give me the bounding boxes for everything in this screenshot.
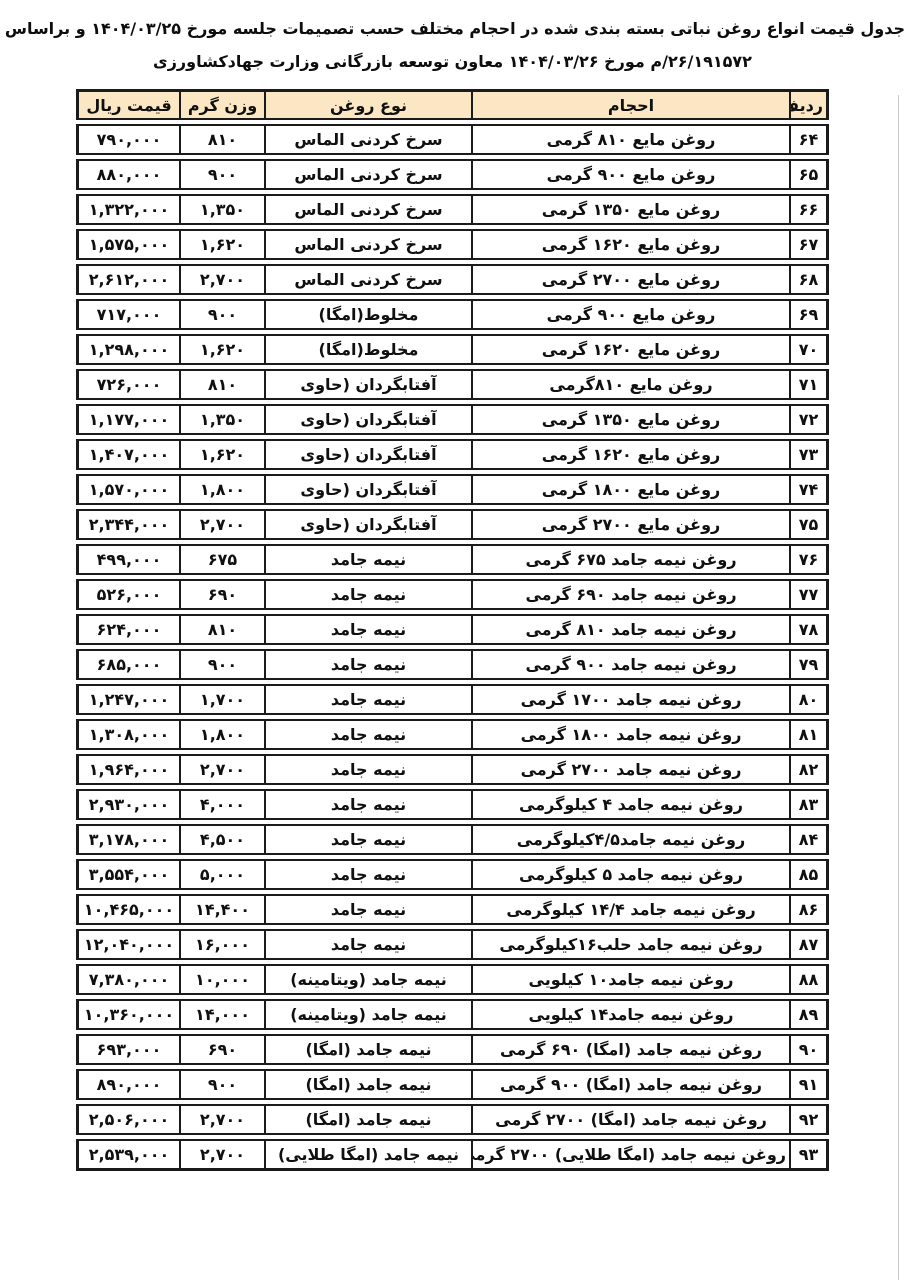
volume-cell: روغن نیمه جامد ۸۱۰ گرمی [471, 614, 789, 645]
volume-cell: روغن نیمه جامد۱۴ کیلویی [471, 999, 789, 1030]
volume-cell: روغن نیمه جامد (امگا) ۹۰۰ گرمی [471, 1069, 789, 1100]
volume-cell: روغن نیمه جامد حلب۱۶کیلوگرمی [471, 929, 789, 960]
table-row: ۷۹روغن نیمه جامد ۹۰۰ گرمینیمه جامد۹۰۰۶۸۵… [76, 649, 829, 680]
volume-cell: روغن مایع ۹۰۰ گرمی [471, 299, 789, 330]
oil-type-cell: نیمه جامد (ویتامینه) [264, 999, 471, 1030]
weight-cell: ۶۹۰ [179, 579, 264, 610]
table-row: ۸۳روغن نیمه جامد ۴ کیلوگرمینیمه جامد۴,۰۰… [76, 789, 829, 820]
volume-cell: روغن نیمه جامد (امگا طلایی) ۲۷۰۰ گرمی [471, 1139, 789, 1171]
price-cell: ۷۱۷,۰۰۰ [76, 299, 179, 330]
volume-cell: روغن مایع ۱۶۲۰ گرمی [471, 439, 789, 470]
oil-type-cell: نیمه جامد [264, 824, 471, 855]
document-title: جدول قیمت انواع روغن نباتی بسته بندی شده… [0, 12, 905, 78]
oil-type-cell: نیمه جامد (ویتامینه) [264, 964, 471, 995]
weight-cell: ۹۰۰ [179, 159, 264, 190]
price-cell: ۶۹۳,۰۰۰ [76, 1034, 179, 1065]
table-row: ۸۹روغن نیمه جامد۱۴ کیلویینیمه جامد (ویتا… [76, 999, 829, 1030]
table-row: ۷۰روغن مایع ۱۶۲۰ گرمیمخلوط(امگا)۱,۶۲۰۱,۲… [76, 334, 829, 365]
row-number-cell: ۷۴ [789, 474, 829, 505]
table-row: ۷۳روغن مایع ۱۶۲۰ گرمیآفتابگردان (حاوی۱,۶… [76, 439, 829, 470]
weight-cell: ۱۴,۴۰۰ [179, 894, 264, 925]
table-row: ۷۱روغن مایع ۸۱۰گرمیآفتابگردان (حاوی۸۱۰۷۲… [76, 369, 829, 400]
weight-cell: ۴,۰۰۰ [179, 789, 264, 820]
oil-type-cell: نیمه جامد [264, 719, 471, 750]
row-number-cell: ۶۴ [789, 124, 829, 155]
price-cell: ۵۲۶,۰۰۰ [76, 579, 179, 610]
oil-type-cell: نیمه جامد [264, 649, 471, 680]
volume-cell: روغن نیمه جامد ۱۴/۴ کیلوگرمی [471, 894, 789, 925]
row-number-cell: ۸۲ [789, 754, 829, 785]
weight-cell: ۱,۶۲۰ [179, 229, 264, 260]
weight-cell: ۹۰۰ [179, 299, 264, 330]
weight-cell: ۹۰۰ [179, 649, 264, 680]
price-cell: ۳,۱۷۸,۰۰۰ [76, 824, 179, 855]
volume-cell: روغن نیمه جامد ۲۷۰۰ گرمی [471, 754, 789, 785]
table-row: ۹۱روغن نیمه جامد (امگا) ۹۰۰ گرمینیمه جام… [76, 1069, 829, 1100]
weight-cell: ۱,۸۰۰ [179, 719, 264, 750]
oil-type-cell: نیمه جامد (امگا) [264, 1034, 471, 1065]
price-cell: ۴۹۹,۰۰۰ [76, 544, 179, 575]
oil-type-cell: نیمه جامد (امگا طلایی) [264, 1139, 471, 1171]
volume-cell: روغن مایع ۲۷۰۰ گرمی [471, 264, 789, 295]
volume-cell: روغن مایع ۸۱۰گرمی [471, 369, 789, 400]
volume-cell: روغن نیمه جامد (امگا) ۶۹۰ گرمی [471, 1034, 789, 1065]
oil-type-cell: نیمه جامد [264, 859, 471, 890]
price-cell: ۱,۳۲۲,۰۰۰ [76, 194, 179, 225]
volume-cell: روغن نیمه جامد ۹۰۰ گرمی [471, 649, 789, 680]
oil-type-cell: آفتابگردان (حاوی [264, 404, 471, 435]
price-cell: ۳,۵۵۴,۰۰۰ [76, 859, 179, 890]
oil-type-cell: نیمه جامد (امگا) [264, 1069, 471, 1100]
weight-cell: ۸۱۰ [179, 124, 264, 155]
row-number-cell: ۷۳ [789, 439, 829, 470]
row-number-cell: ۷۵ [789, 509, 829, 540]
price-cell: ۲,۵۰۶,۰۰۰ [76, 1104, 179, 1135]
volume-cell: روغن نیمه جامد ۵ کیلوگرمی [471, 859, 789, 890]
volume-cell: روغن نیمه جامد (امگا) ۲۷۰۰ گرمی [471, 1104, 789, 1135]
volume-cell: روغن نیمه جامد ۶۹۰ گرمی [471, 579, 789, 610]
row-number-cell: ۷۹ [789, 649, 829, 680]
volume-cell: روغن مایع ۱۶۲۰ گرمی [471, 229, 789, 260]
oil-type-cell: نیمه جامد [264, 929, 471, 960]
weight-cell: ۱۴,۰۰۰ [179, 999, 264, 1030]
oil-type-cell: آفتابگردان (حاوی [264, 439, 471, 470]
oil-type-cell: نیمه جامد [264, 614, 471, 645]
row-number-cell: ۸۷ [789, 929, 829, 960]
header-oil-type: نوع روغن [264, 89, 471, 120]
price-cell: ۱,۲۴۷,۰۰۰ [76, 684, 179, 715]
row-number-cell: ۸۹ [789, 999, 829, 1030]
price-cell: ۷,۳۸۰,۰۰۰ [76, 964, 179, 995]
oil-type-cell: سرخ کردنی الماس [264, 159, 471, 190]
price-cell: ۲,۵۳۹,۰۰۰ [76, 1139, 179, 1171]
row-number-cell: ۶۶ [789, 194, 829, 225]
weight-cell: ۱۶,۰۰۰ [179, 929, 264, 960]
table-row: ۸۴روغن نیمه جامد۴/۵کیلوگرمینیمه جامد۴,۵۰… [76, 824, 829, 855]
table-row: ۷۶روغن نیمه جامد ۶۷۵ گرمینیمه جامد۶۷۵۴۹۹… [76, 544, 829, 575]
table-row: ۶۵روغن مایع ۹۰۰ گرمیسرخ کردنی الماس۹۰۰۸۸… [76, 159, 829, 190]
price-cell: ۷۲۶,۰۰۰ [76, 369, 179, 400]
weight-cell: ۱۰,۰۰۰ [179, 964, 264, 995]
table-row: ۸۱روغن نیمه جامد ۱۸۰۰ گرمینیمه جامد۱,۸۰۰… [76, 719, 829, 750]
header-row-number: ردیف [789, 89, 829, 120]
table-row: ۶۴روغن مایع ۸۱۰ گرمیسرخ کردنی الماس۸۱۰۷۹… [76, 124, 829, 155]
weight-cell: ۱,۶۲۰ [179, 334, 264, 365]
table-row: ۸۵روغن نیمه جامد ۵ کیلوگرمینیمه جامد۵,۰۰… [76, 859, 829, 890]
table-body: ۶۴روغن مایع ۸۱۰ گرمیسرخ کردنی الماس۸۱۰۷۹… [76, 124, 829, 1171]
header-price-rial: قیمت ریال [76, 89, 179, 120]
table-row: ۸۶روغن نیمه جامد ۱۴/۴ کیلوگرمینیمه جامد۱… [76, 894, 829, 925]
weight-cell: ۶۷۵ [179, 544, 264, 575]
row-number-cell: ۸۴ [789, 824, 829, 855]
table-row: ۹۳روغن نیمه جامد (امگا طلایی) ۲۷۰۰ گرمین… [76, 1139, 829, 1171]
table-row: ۸۰روغن نیمه جامد ۱۷۰۰ گرمینیمه جامد۱,۷۰۰… [76, 684, 829, 715]
price-cell: ۱,۹۶۴,۰۰۰ [76, 754, 179, 785]
oil-type-cell: نیمه جامد [264, 754, 471, 785]
table-row: ۷۴روغن مایع ۱۸۰۰ گرمیآفتابگردان (حاوی۱,۸… [76, 474, 829, 505]
price-cell: ۱,۵۷۰,۰۰۰ [76, 474, 179, 505]
oil-type-cell: نیمه جامد [264, 894, 471, 925]
price-cell: ۲,۹۳۰,۰۰۰ [76, 789, 179, 820]
oil-type-cell: آفتابگردان (حاوی [264, 474, 471, 505]
table-row: ۷۷روغن نیمه جامد ۶۹۰ گرمینیمه جامد۶۹۰۵۲۶… [76, 579, 829, 610]
weight-cell: ۱,۳۵۰ [179, 404, 264, 435]
oil-type-cell: نیمه جامد (امگا) [264, 1104, 471, 1135]
document-page: { "document": { "title_line1": "جدول قیم… [0, 0, 905, 1280]
table-row: ۸۷روغن نیمه جامد حلب۱۶کیلوگرمینیمه جامد۱… [76, 929, 829, 960]
header-volume: احجام [471, 89, 789, 120]
volume-cell: روغن مایع ۹۰۰ گرمی [471, 159, 789, 190]
oil-type-cell: مخلوط(امگا) [264, 334, 471, 365]
weight-cell: ۱,۸۰۰ [179, 474, 264, 505]
row-number-cell: ۸۱ [789, 719, 829, 750]
oil-type-cell: نیمه جامد [264, 579, 471, 610]
table-header: ردیف احجام نوع روغن وزن گرم قیمت ریال [76, 89, 829, 120]
row-number-cell: ۸۳ [789, 789, 829, 820]
oil-type-cell: آفتابگردان (حاوی [264, 369, 471, 400]
table-row: ۸۲روغن نیمه جامد ۲۷۰۰ گرمینیمه جامد۲,۷۰۰… [76, 754, 829, 785]
table-row: ۷۲روغن مایع ۱۳۵۰ گرمیآفتابگردان (حاوی۱,۳… [76, 404, 829, 435]
price-cell: ۱,۲۹۸,۰۰۰ [76, 334, 179, 365]
row-number-cell: ۸۵ [789, 859, 829, 890]
row-number-cell: ۶۵ [789, 159, 829, 190]
row-number-cell: ۶۸ [789, 264, 829, 295]
row-number-cell: ۷۶ [789, 544, 829, 575]
price-cell: ۱,۳۰۸,۰۰۰ [76, 719, 179, 750]
volume-cell: روغن نیمه جامد ۶۷۵ گرمی [471, 544, 789, 575]
table-row: ۸۸روغن نیمه جامد۱۰ کیلویینیمه جامد (ویتا… [76, 964, 829, 995]
row-number-cell: ۸۰ [789, 684, 829, 715]
oil-type-cell: مخلوط(امگا) [264, 299, 471, 330]
table-row: ۷۵روغن مایع ۲۷۰۰ گرمیآفتابگردان (حاوی۲,۷… [76, 509, 829, 540]
volume-cell: روغن نیمه جامد ۴ کیلوگرمی [471, 789, 789, 820]
row-number-cell: ۹۲ [789, 1104, 829, 1135]
table-row: ۶۷روغن مایع ۱۶۲۰ گرمیسرخ کردنی الماس۱,۶۲… [76, 229, 829, 260]
weight-cell: ۲,۷۰۰ [179, 1104, 264, 1135]
price-cell: ۱,۱۷۷,۰۰۰ [76, 404, 179, 435]
oil-price-table: ردیف احجام نوع روغن وزن گرم قیمت ریال ۶۴… [76, 85, 829, 1175]
price-cell: ۶۲۴,۰۰۰ [76, 614, 179, 645]
price-cell: ۱,۴۰۷,۰۰۰ [76, 439, 179, 470]
volume-cell: روغن مایع ۱۸۰۰ گرمی [471, 474, 789, 505]
row-number-cell: ۷۸ [789, 614, 829, 645]
table-row: ۶۶روغن مایع ۱۳۵۰ گرمیسرخ کردنی الماس۱,۳۵… [76, 194, 829, 225]
weight-cell: ۱,۳۵۰ [179, 194, 264, 225]
document-title-line2: ۲۶/۱۹۱۵۷۲/م مورخ ۱۴۰۴/۰۳/۲۶ معاون توسعه … [0, 45, 905, 78]
table-row: ۹۲روغن نیمه جامد (امگا) ۲۷۰۰ گرمینیمه جا… [76, 1104, 829, 1135]
row-number-cell: ۸۶ [789, 894, 829, 925]
weight-cell: ۲,۷۰۰ [179, 509, 264, 540]
row-number-cell: ۹۳ [789, 1139, 829, 1171]
volume-cell: روغن مایع ۸۱۰ گرمی [471, 124, 789, 155]
weight-cell: ۸۱۰ [179, 614, 264, 645]
table-header-row: ردیف احجام نوع روغن وزن گرم قیمت ریال [76, 89, 829, 120]
oil-type-cell: سرخ کردنی الماس [264, 264, 471, 295]
volume-cell: روغن نیمه جامد۴/۵کیلوگرمی [471, 824, 789, 855]
oil-type-cell: نیمه جامد [264, 684, 471, 715]
weight-cell: ۵,۰۰۰ [179, 859, 264, 890]
table-row: ۷۸روغن نیمه جامد ۸۱۰ گرمینیمه جامد۸۱۰۶۲۴… [76, 614, 829, 645]
weight-cell: ۲,۷۰۰ [179, 264, 264, 295]
row-number-cell: ۸۸ [789, 964, 829, 995]
price-cell: ۲,۶۱۲,۰۰۰ [76, 264, 179, 295]
volume-cell: روغن مایع ۲۷۰۰ گرمی [471, 509, 789, 540]
price-cell: ۸۹۰,۰۰۰ [76, 1069, 179, 1100]
price-cell: ۱۰,۳۶۰,۰۰۰ [76, 999, 179, 1030]
volume-cell: روغن مایع ۱۳۵۰ گرمی [471, 404, 789, 435]
header-weight-grams: وزن گرم [179, 89, 264, 120]
volume-cell: روغن مایع ۱۶۲۰ گرمی [471, 334, 789, 365]
price-cell: ۸۸۰,۰۰۰ [76, 159, 179, 190]
weight-cell: ۲,۷۰۰ [179, 1139, 264, 1171]
document-title-line1: جدول قیمت انواع روغن نباتی بسته بندی شده… [0, 12, 905, 45]
row-number-cell: ۷۷ [789, 579, 829, 610]
row-number-cell: ۹۱ [789, 1069, 829, 1100]
table-row: ۹۰روغن نیمه جامد (امگا) ۶۹۰ گرمینیمه جام… [76, 1034, 829, 1065]
oil-type-cell: سرخ کردنی الماس [264, 124, 471, 155]
weight-cell: ۸۱۰ [179, 369, 264, 400]
oil-type-cell: سرخ کردنی الماس [264, 194, 471, 225]
volume-cell: روغن مایع ۱۳۵۰ گرمی [471, 194, 789, 225]
price-cell: ۶۸۵,۰۰۰ [76, 649, 179, 680]
volume-cell: روغن نیمه جامد ۱۷۰۰ گرمی [471, 684, 789, 715]
row-number-cell: ۷۰ [789, 334, 829, 365]
price-cell: ۱۰,۴۶۵,۰۰۰ [76, 894, 179, 925]
oil-type-cell: سرخ کردنی الماس [264, 229, 471, 260]
oil-type-cell: آفتابگردان (حاوی [264, 509, 471, 540]
weight-cell: ۴,۵۰۰ [179, 824, 264, 855]
weight-cell: ۶۹۰ [179, 1034, 264, 1065]
weight-cell: ۱,۷۰۰ [179, 684, 264, 715]
price-cell: ۱,۵۷۵,۰۰۰ [76, 229, 179, 260]
row-number-cell: ۷۲ [789, 404, 829, 435]
oil-type-cell: نیمه جامد [264, 789, 471, 820]
weight-cell: ۲,۷۰۰ [179, 754, 264, 785]
oil-type-cell: نیمه جامد [264, 544, 471, 575]
volume-cell: روغن نیمه جامد ۱۸۰۰ گرمی [471, 719, 789, 750]
price-cell: ۲,۳۴۴,۰۰۰ [76, 509, 179, 540]
table-row: ۶۹روغن مایع ۹۰۰ گرمیمخلوط(امگا)۹۰۰۷۱۷,۰۰… [76, 299, 829, 330]
row-number-cell: ۹۰ [789, 1034, 829, 1065]
volume-cell: روغن نیمه جامد۱۰ کیلویی [471, 964, 789, 995]
price-cell: ۱۲,۰۴۰,۰۰۰ [76, 929, 179, 960]
row-number-cell: ۶۹ [789, 299, 829, 330]
weight-cell: ۹۰۰ [179, 1069, 264, 1100]
table-row: ۶۸روغن مایع ۲۷۰۰ گرمیسرخ کردنی الماس۲,۷۰… [76, 264, 829, 295]
scan-edge-artifact [898, 95, 899, 1280]
row-number-cell: ۶۷ [789, 229, 829, 260]
price-cell: ۷۹۰,۰۰۰ [76, 124, 179, 155]
weight-cell: ۱,۶۲۰ [179, 439, 264, 470]
row-number-cell: ۷۱ [789, 369, 829, 400]
